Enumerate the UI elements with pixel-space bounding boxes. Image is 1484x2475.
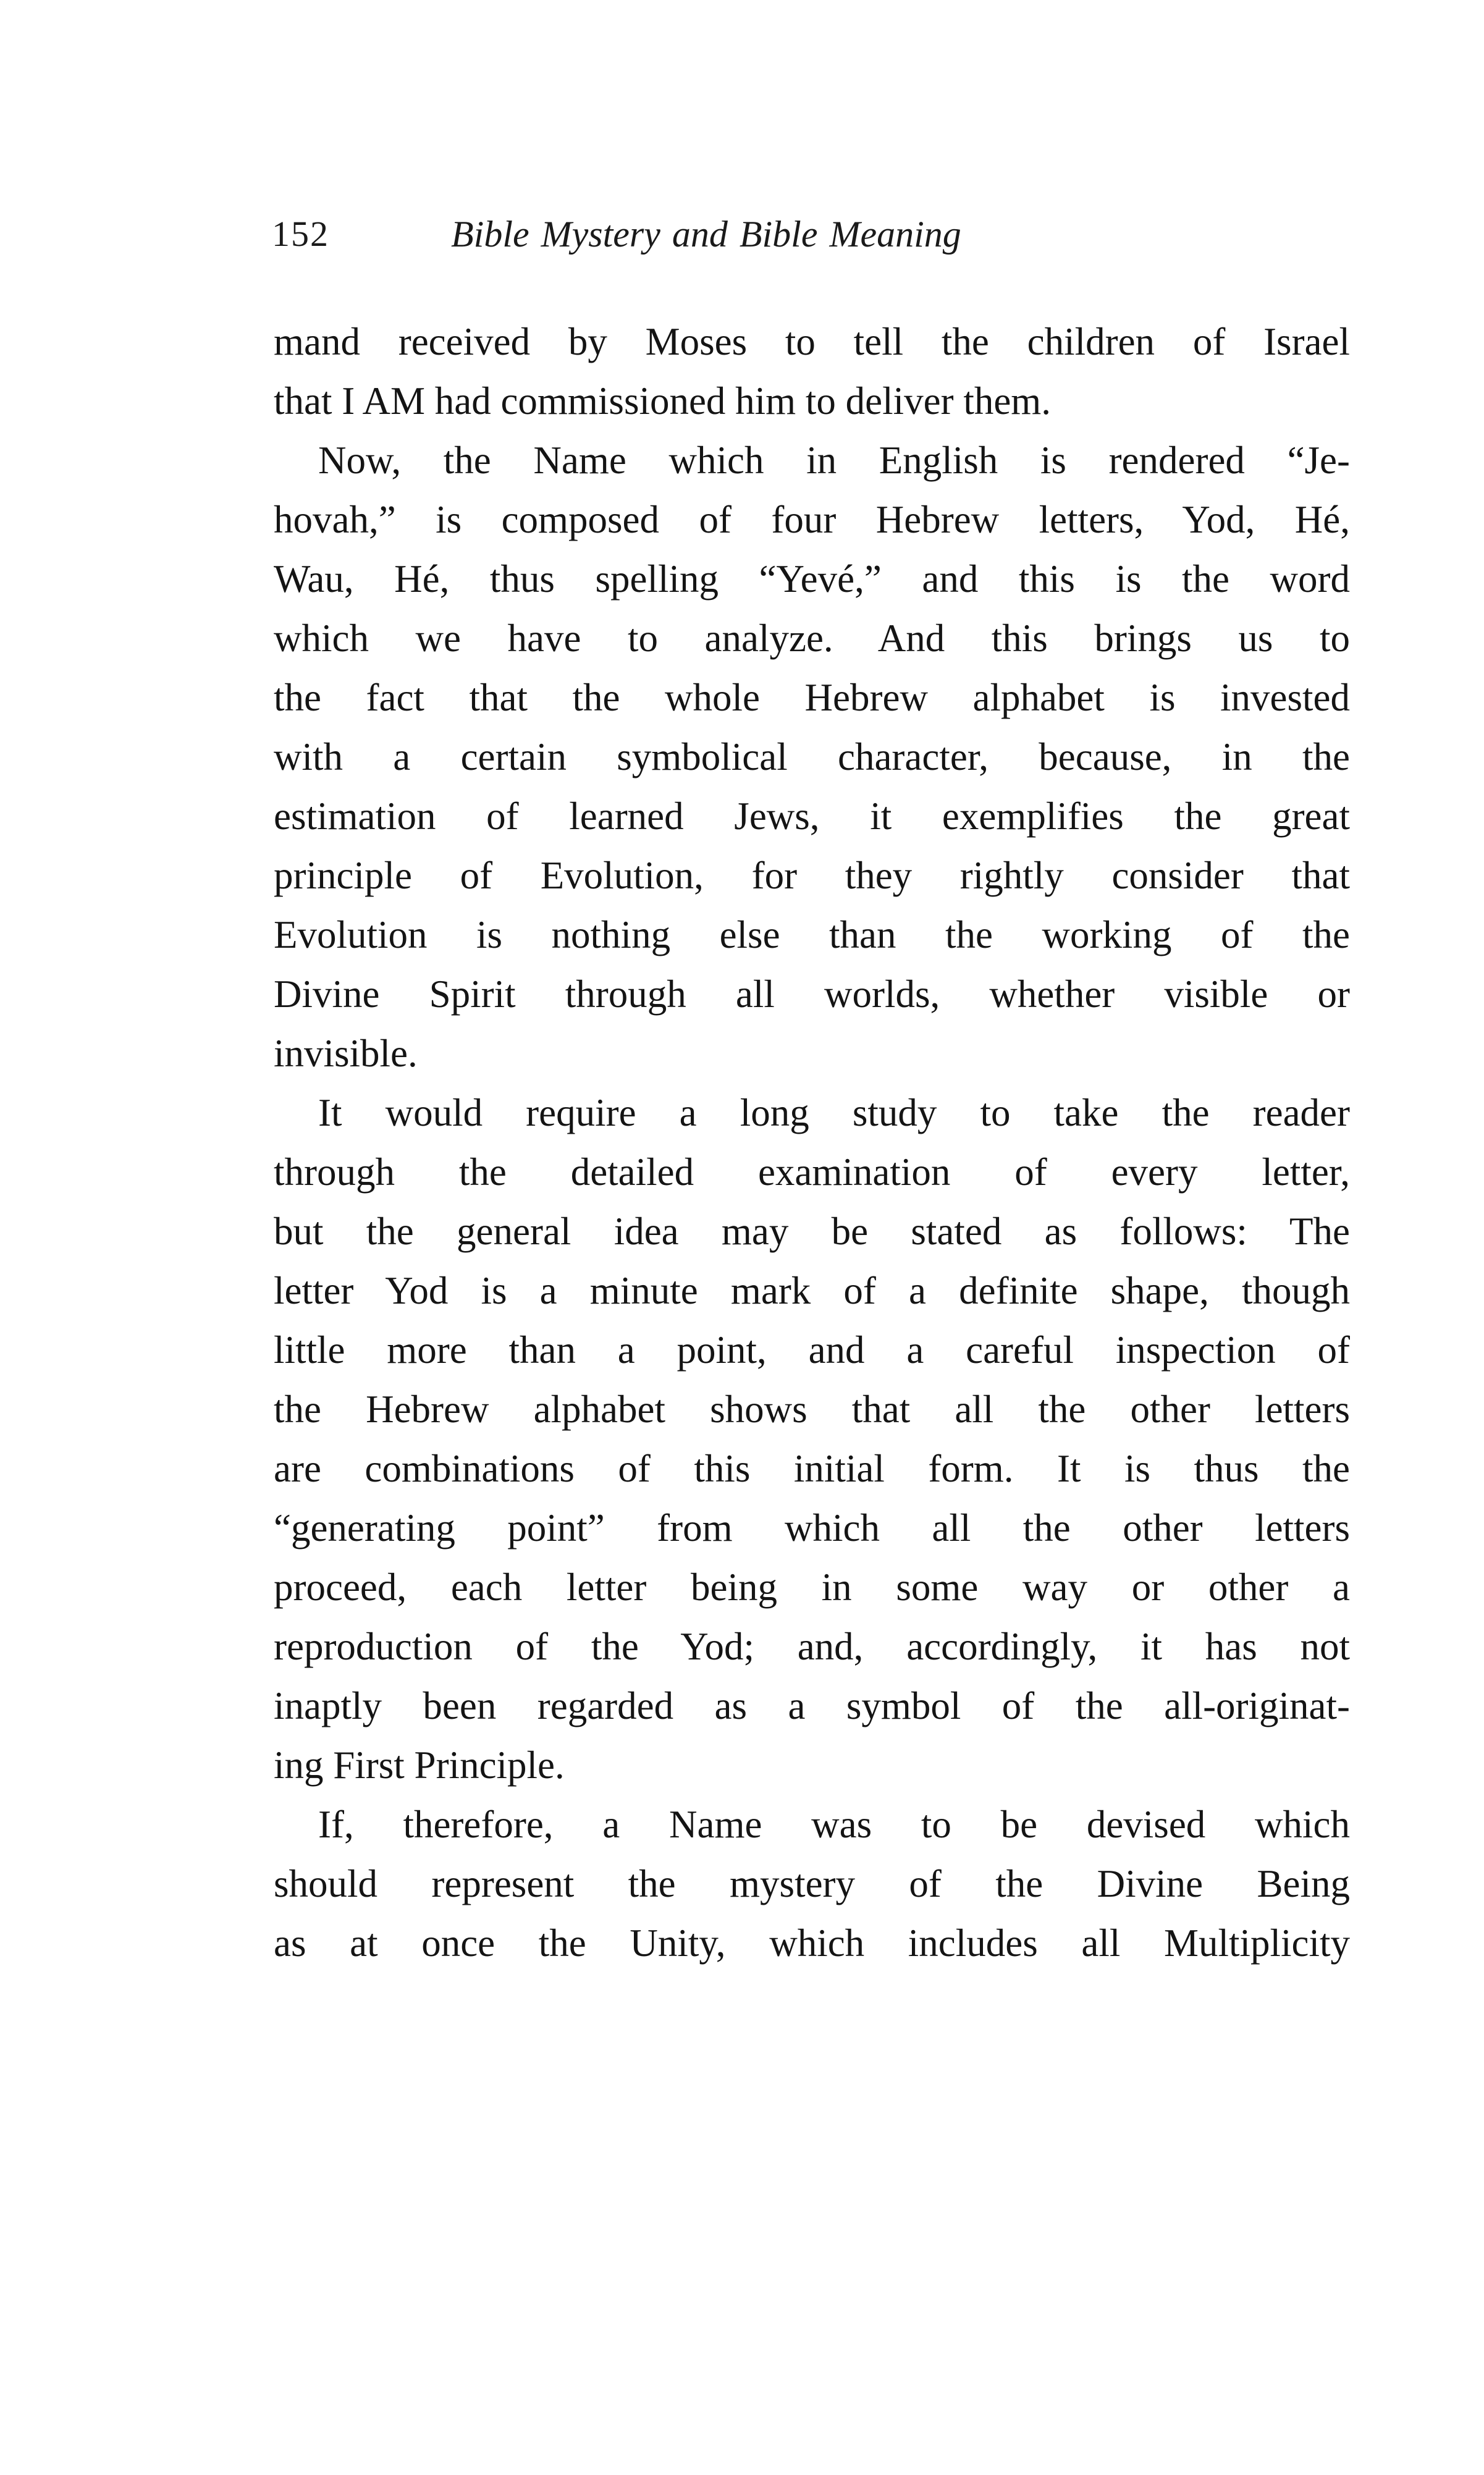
text-line: Wau, Hé, thus spelling “Yevé,” and this … (274, 549, 1350, 609)
page-number: 152 (272, 213, 329, 255)
text-line: Evolution is nothing else than the worki… (274, 905, 1350, 964)
text-line: but the general idea may be stated as fo… (274, 1202, 1350, 1261)
text-line: are combinations of this initial form. I… (274, 1439, 1350, 1498)
text-line: reproduction of the Yod; and, accordingl… (274, 1617, 1350, 1676)
text-line: invisible. (274, 1024, 1350, 1083)
text-line: letter Yod is a minute mark of a definit… (274, 1261, 1350, 1320)
running-head: 152 Bible Mystery and Bible Meaning (272, 213, 1174, 269)
text-line: inaptly been regarded as a symbol of the… (274, 1676, 1350, 1735)
text-line: It would require a long study to take th… (274, 1083, 1350, 1142)
text-line: that I AM had commissioned him to delive… (274, 371, 1350, 431)
text-line: with a certain symbolical character, bec… (274, 727, 1350, 786)
text-line: “generating point” from which all the ot… (274, 1498, 1350, 1558)
text-line: estimation of learned Jews, it exemplifi… (274, 786, 1350, 846)
text-line: should represent the mystery of the Divi… (274, 1854, 1350, 1913)
text-line: the fact that the whole Hebrew alphabet … (274, 668, 1350, 727)
body-text: mand received by Moses to tell the child… (274, 312, 1350, 1973)
text-line: Divine Spirit through all worlds, whethe… (274, 964, 1350, 1024)
text-line: principle of Evolution, for they rightly… (274, 846, 1350, 905)
text-line: proceed, each letter being in some way o… (274, 1558, 1350, 1617)
text-line: which we have to analyze. And this bring… (274, 609, 1350, 668)
text-line: the Hebrew alphabet shows that all the o… (274, 1380, 1350, 1439)
running-head-title: Bible Mystery and Bible Meaning (451, 213, 961, 256)
text-line: hovah,” is composed of four Hebrew lette… (274, 490, 1350, 549)
text-line: If, therefore, a Name was to be devised … (274, 1795, 1350, 1854)
text-line: as at once the Unity, which includes all… (274, 1913, 1350, 1973)
text-line: ing First Principle. (274, 1735, 1350, 1795)
text-line: Now, the Name which in English is render… (274, 431, 1350, 490)
text-line: mand received by Moses to tell the child… (274, 312, 1350, 371)
text-line: little more than a point, and a careful … (274, 1320, 1350, 1380)
book-page: 152 Bible Mystery and Bible Meaning mand… (0, 0, 1484, 2475)
text-line: through the detailed examination of ever… (274, 1142, 1350, 1202)
